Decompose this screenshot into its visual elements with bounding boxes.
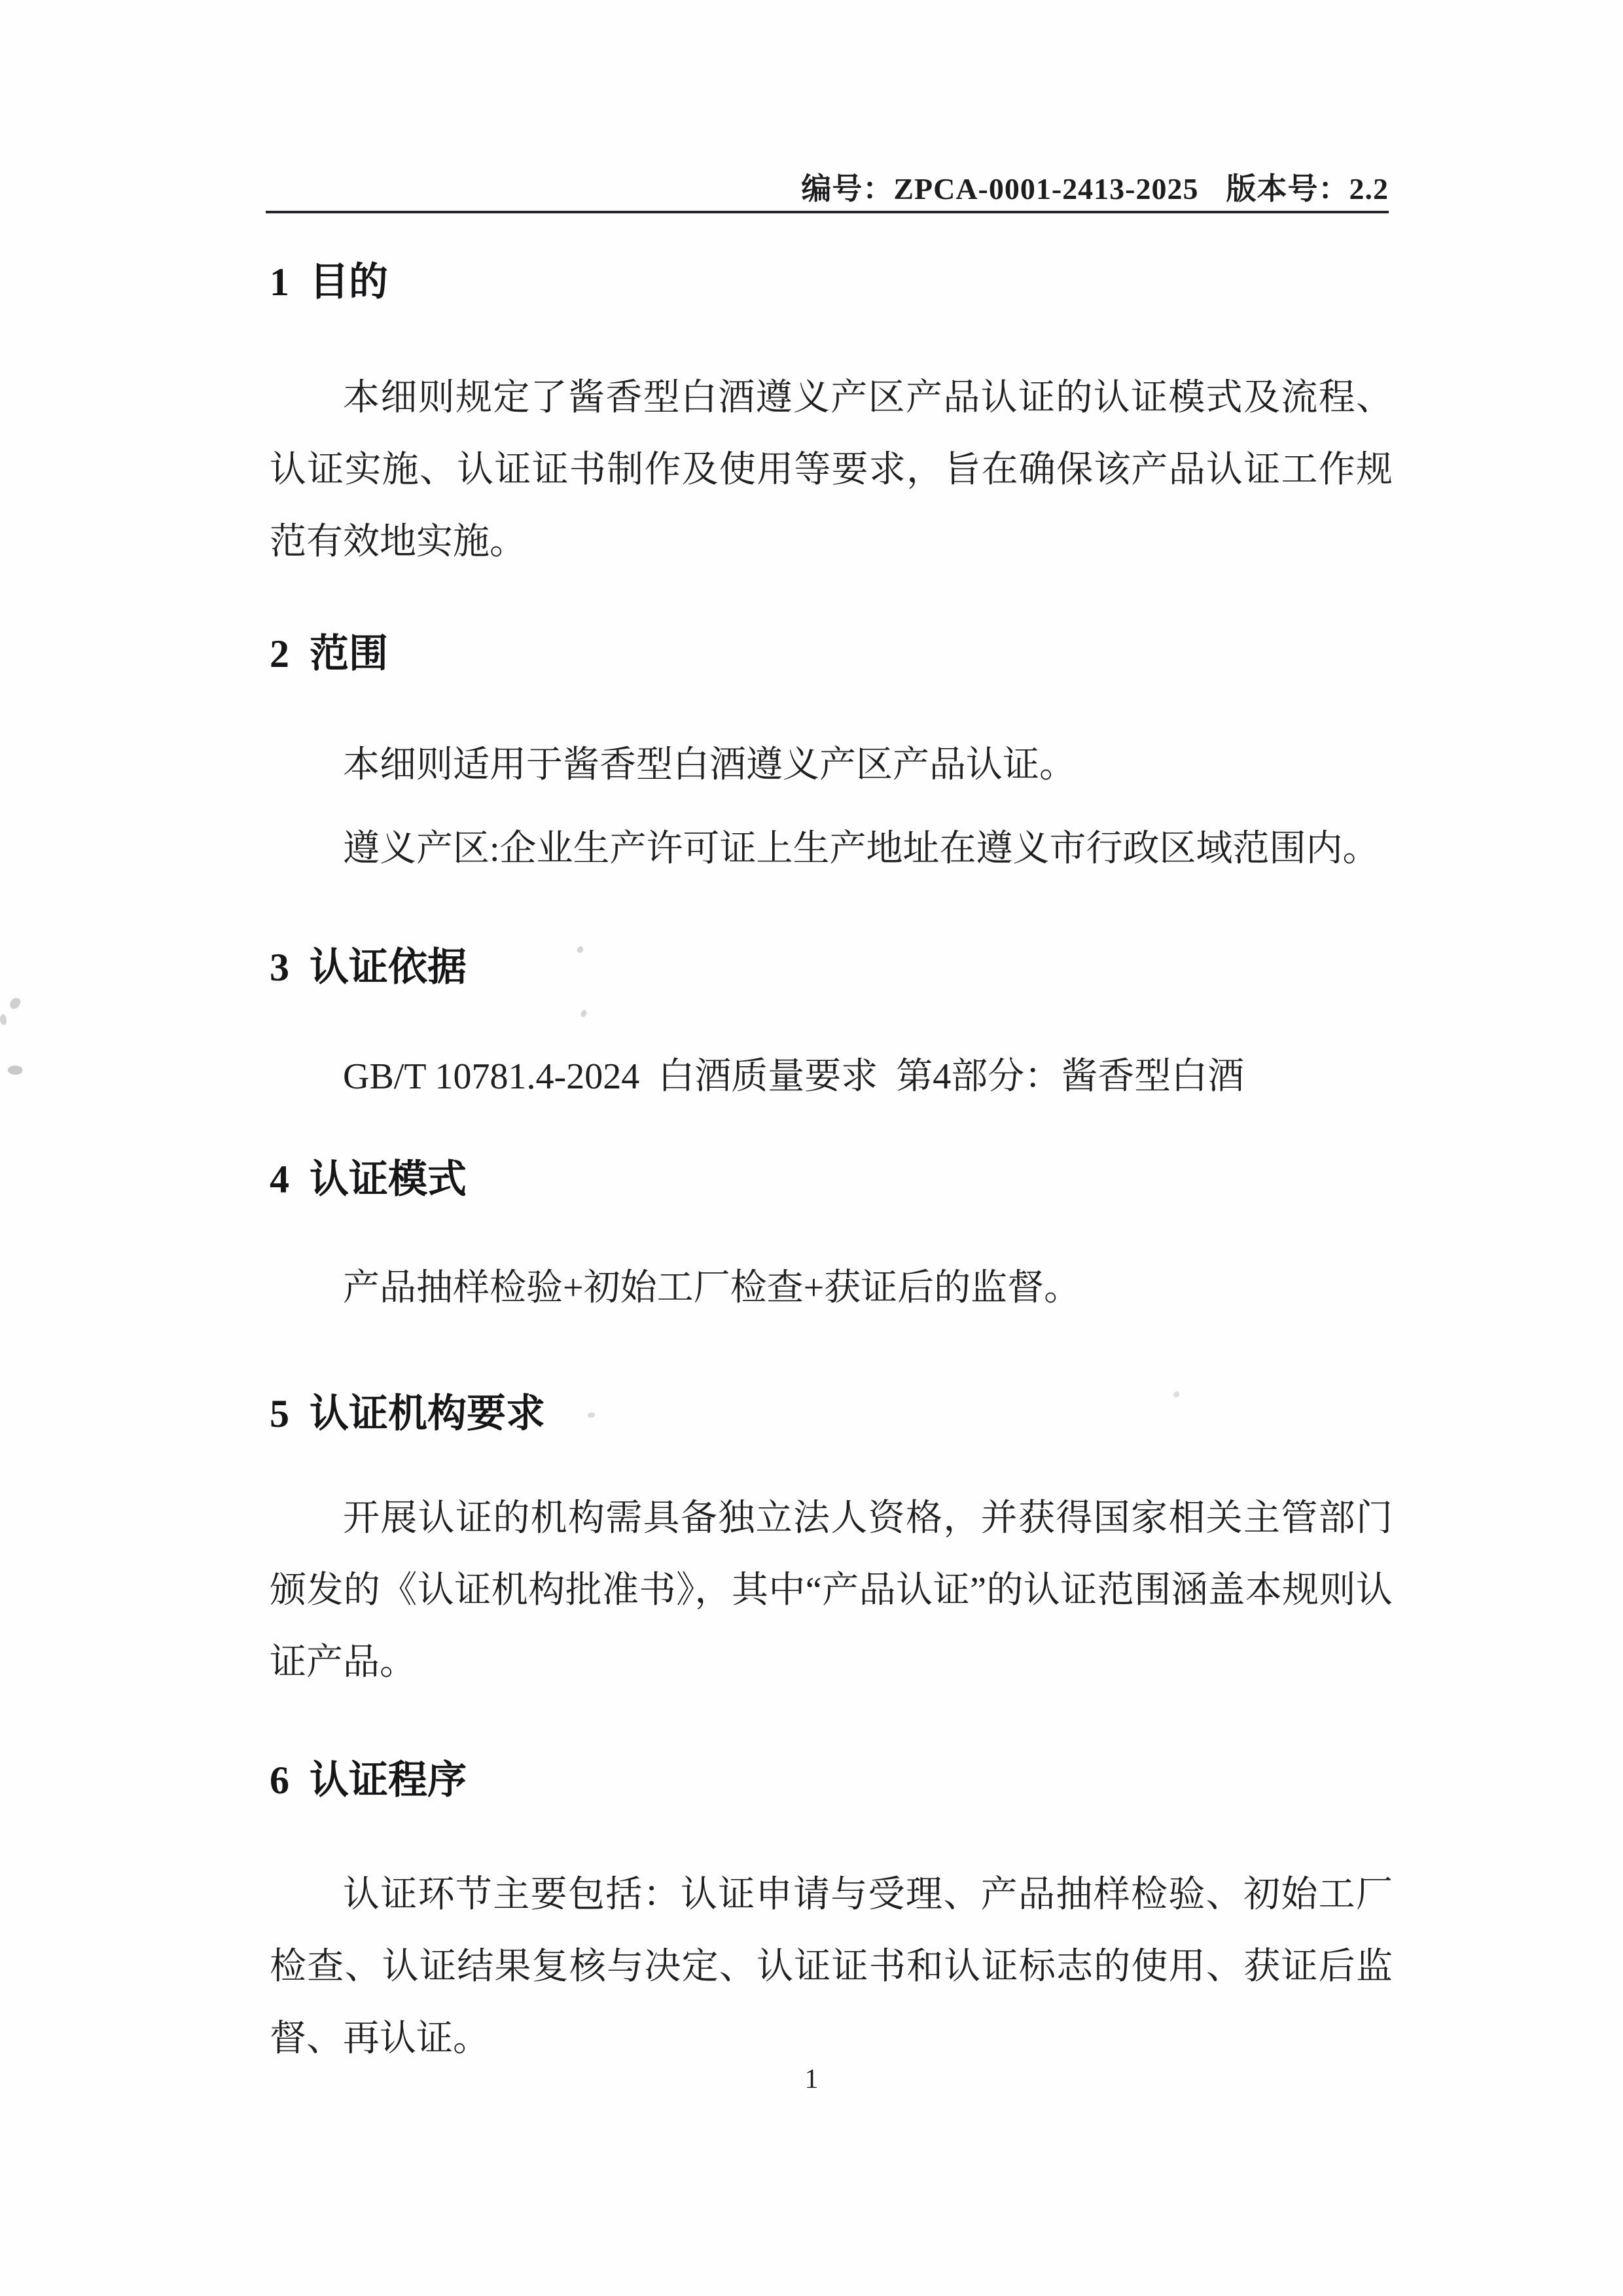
scan-artifact	[588, 1412, 595, 1418]
scan-artifact	[0, 1014, 8, 1026]
scan-artifact	[580, 1009, 587, 1018]
section-4-heading: 4 认证模式	[270, 1157, 467, 1202]
section-4-paragraph: 产品抽样检验+初始工厂检查+获证后的监督。	[270, 1252, 1393, 1324]
doc-number-label: 编号：	[801, 172, 893, 206]
section-6-heading: 6 认证程序	[270, 1757, 467, 1803]
scan-artifact	[9, 996, 22, 1011]
section-3-heading: 3 认证依据	[270, 944, 467, 990]
header-divider-line	[266, 211, 1389, 213]
scan-artifact	[7, 1065, 23, 1076]
document-page: 编号：ZPCA-0001-2413-2025版本号：2.2 1 目的 本细则规定…	[0, 0, 1623, 2296]
doc-version-value: 2.2	[1349, 172, 1389, 206]
section-2-paragraph-1: 本细则适用于酱香型白酒遵义产区产品认证。	[270, 729, 1393, 801]
section-3-paragraph: GB/T 10781.4-2024 白酒质量要求 第4部分：酱香型白酒	[270, 1041, 1393, 1113]
section-5-heading: 5 认证机构要求	[270, 1391, 545, 1437]
section-5-paragraph: 开展认证的机构需具备独立法人资格，并获得国家相关主管部门颁发的《认证机构批准书》…	[270, 1482, 1393, 1698]
document-header: 编号：ZPCA-0001-2413-2025版本号：2.2	[801, 170, 1389, 208]
section-1-heading: 1 目的	[270, 259, 388, 305]
section-1-paragraph: 本细则规定了酱香型白酒遵义产区产品认证的认证模式及流程、认证实施、认证证书制作及…	[270, 362, 1393, 578]
scan-artifact	[577, 946, 583, 953]
section-6-paragraph: 认证环节主要包括：认证申请与受理、产品抽样检验、初始工厂检查、认证结果复核与决定…	[270, 1859, 1393, 2075]
page-number: 1	[0, 2063, 1623, 2096]
section-2-paragraph-2: 遵义产区:企业生产许可证上生产地址在遵义市行政区域范围内。	[270, 813, 1393, 885]
scan-artifact	[1173, 1391, 1179, 1397]
section-2-heading: 2 范围	[270, 631, 388, 677]
doc-version-label: 版本号：	[1226, 172, 1349, 206]
doc-number-value: ZPCA-0001-2413-2025	[893, 172, 1198, 206]
